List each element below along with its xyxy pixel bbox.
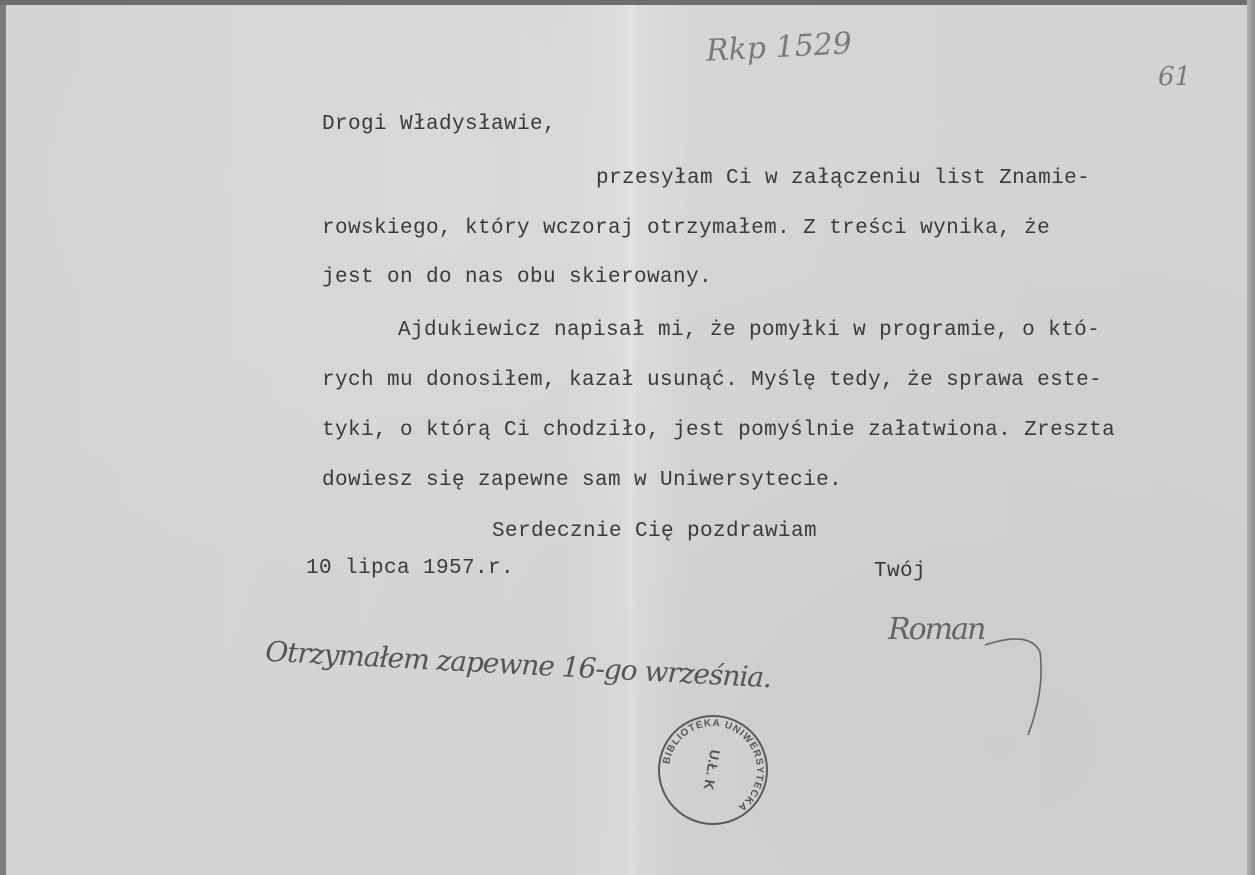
stamp-center-text: U.Ł. K: [701, 749, 724, 792]
scanned-page: Rkp 1529 61 Drogi Władysławie, przesyłam…: [0, 0, 1255, 875]
signature-flourish: [0, 0, 1255, 875]
library-stamp: BIBLIOTEKA UNIWERSYTECKA U.Ł. K: [655, 712, 771, 828]
